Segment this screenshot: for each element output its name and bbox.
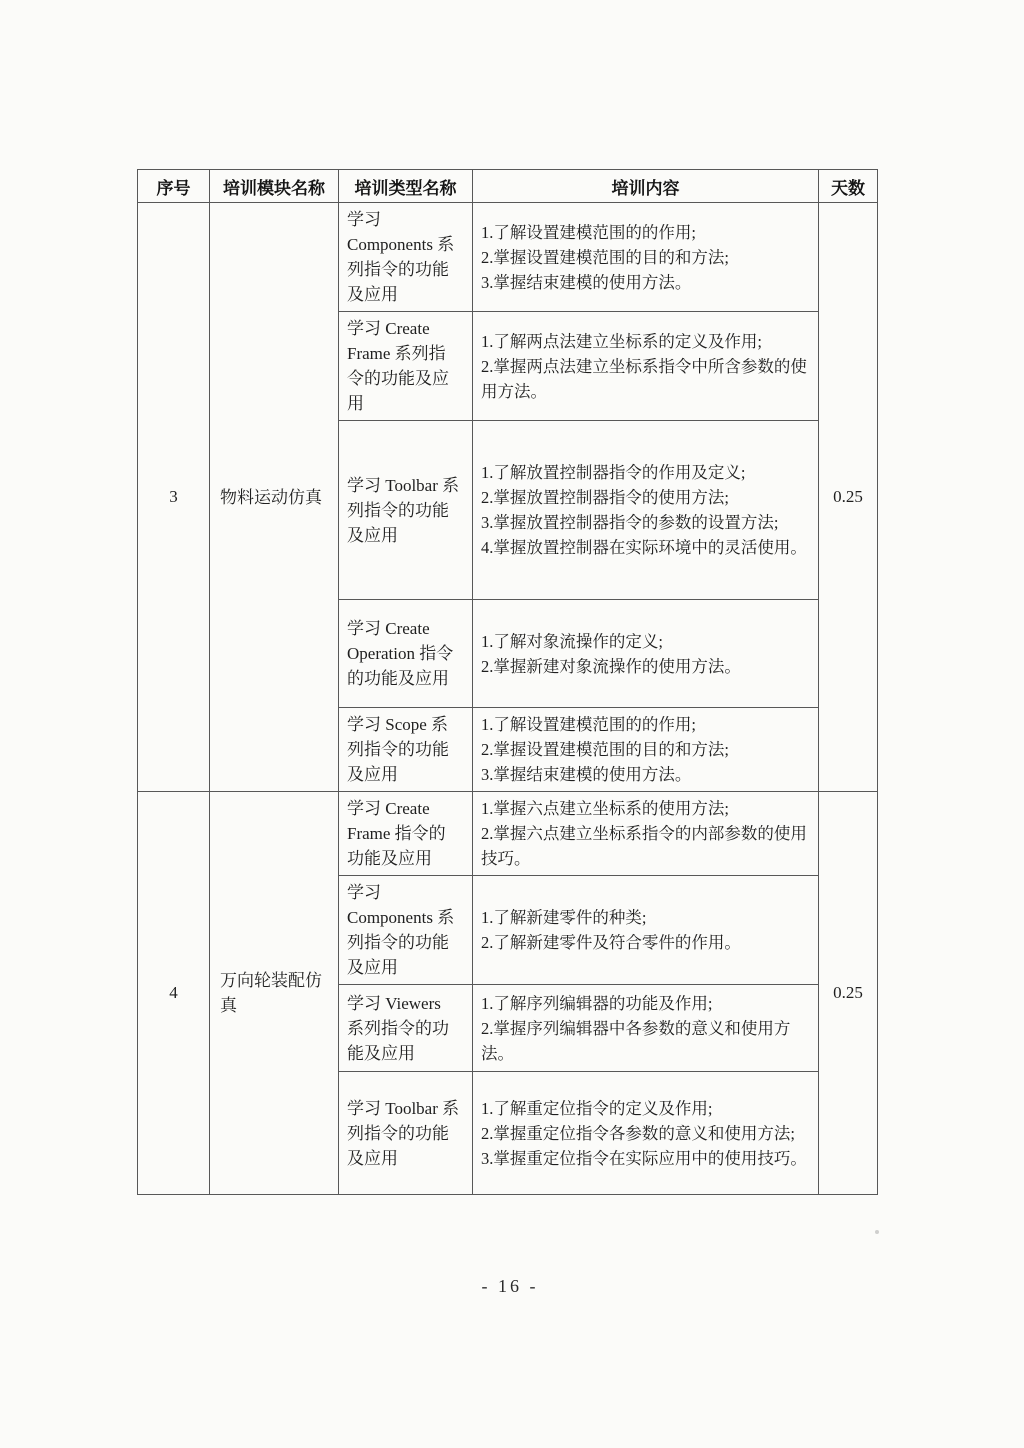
- header-content: 培训内容: [473, 170, 819, 203]
- cell-content: 1.了解序列编辑器的功能及作用; 2.掌握序列编辑器中各参数的意义和使用方法。: [473, 985, 819, 1072]
- cell-type: 学习 Toolbar 系列指令的功能及应用: [339, 1072, 473, 1195]
- page-number: - 16 -: [140, 1276, 880, 1297]
- cell-content: 1.了解新建零件的种类; 2.了解新建零件及符合零件的作用。: [473, 876, 819, 985]
- table-header-row: 序号 培训模块名称 培训类型名称 培训内容 天数: [138, 170, 878, 203]
- cell-content: 1.了解对象流操作的定义; 2.掌握新建对象流操作的使用方法。: [473, 600, 819, 708]
- cell-content: 1.了解放置控制器指令的作用及定义; 2.掌握放置控制器指令的使用方法; 3.掌…: [473, 421, 819, 600]
- cell-index-4: 4: [138, 792, 210, 1195]
- document-page: 序号 培训模块名称 培训类型名称 培训内容 天数 3 物料运动仿真 学习 Com…: [0, 0, 1024, 1448]
- training-table: 序号 培训模块名称 培训类型名称 培训内容 天数 3 物料运动仿真 学习 Com…: [137, 169, 878, 1195]
- cell-module-3: 物料运动仿真: [210, 203, 339, 792]
- cell-type: 学习 Toolbar 系列指令的功能及应用: [339, 421, 473, 600]
- scan-artifact-dot: [875, 1230, 879, 1234]
- cell-type: 学习 Viewers 系列指令的功能及应用: [339, 985, 473, 1072]
- cell-type: 学习 Scope 系列指令的功能及应用: [339, 708, 473, 792]
- cell-days-3: 0.25: [819, 203, 878, 792]
- header-index: 序号: [138, 170, 210, 203]
- header-module: 培训模块名称: [210, 170, 339, 203]
- cell-type: 学习 Create Frame 系列指令的功能及应用: [339, 312, 473, 421]
- cell-content: 1.了解设置建模范围的的作用; 2.掌握设置建模范围的目的和方法; 3.掌握结束…: [473, 203, 819, 312]
- cell-days-4: 0.25: [819, 792, 878, 1195]
- cell-content: 1.掌握六点建立坐标系的使用方法; 2.掌握六点建立坐标系指令的内部参数的使用技…: [473, 792, 819, 876]
- cell-type: 学习 Components 系列指令的功能及应用: [339, 203, 473, 312]
- cell-type: 学习 Create Frame 指令的功能及应用: [339, 792, 473, 876]
- cell-content: 1.了解两点法建立坐标系的定义及作用; 2.掌握两点法建立坐标系指令中所含参数的…: [473, 312, 819, 421]
- header-days: 天数: [819, 170, 878, 203]
- cell-index-3: 3: [138, 203, 210, 792]
- table-row: 4 万向轮装配仿真 学习 Create Frame 指令的功能及应用 1.掌握六…: [138, 792, 878, 876]
- cell-type: 学习 Components 系列指令的功能及应用: [339, 876, 473, 985]
- cell-module-4: 万向轮装配仿真: [210, 792, 339, 1195]
- header-type: 培训类型名称: [339, 170, 473, 203]
- table-row: 3 物料运动仿真 学习 Components 系列指令的功能及应用 1.了解设置…: [138, 203, 878, 312]
- cell-content: 1.了解设置建模范围的的作用; 2.掌握设置建模范围的目的和方法; 3.掌握结束…: [473, 708, 819, 792]
- cell-type: 学习 Create Operation 指令的功能及应用: [339, 600, 473, 708]
- cell-content: 1.了解重定位指令的定义及作用; 2.掌握重定位指令各参数的意义和使用方法; 3…: [473, 1072, 819, 1195]
